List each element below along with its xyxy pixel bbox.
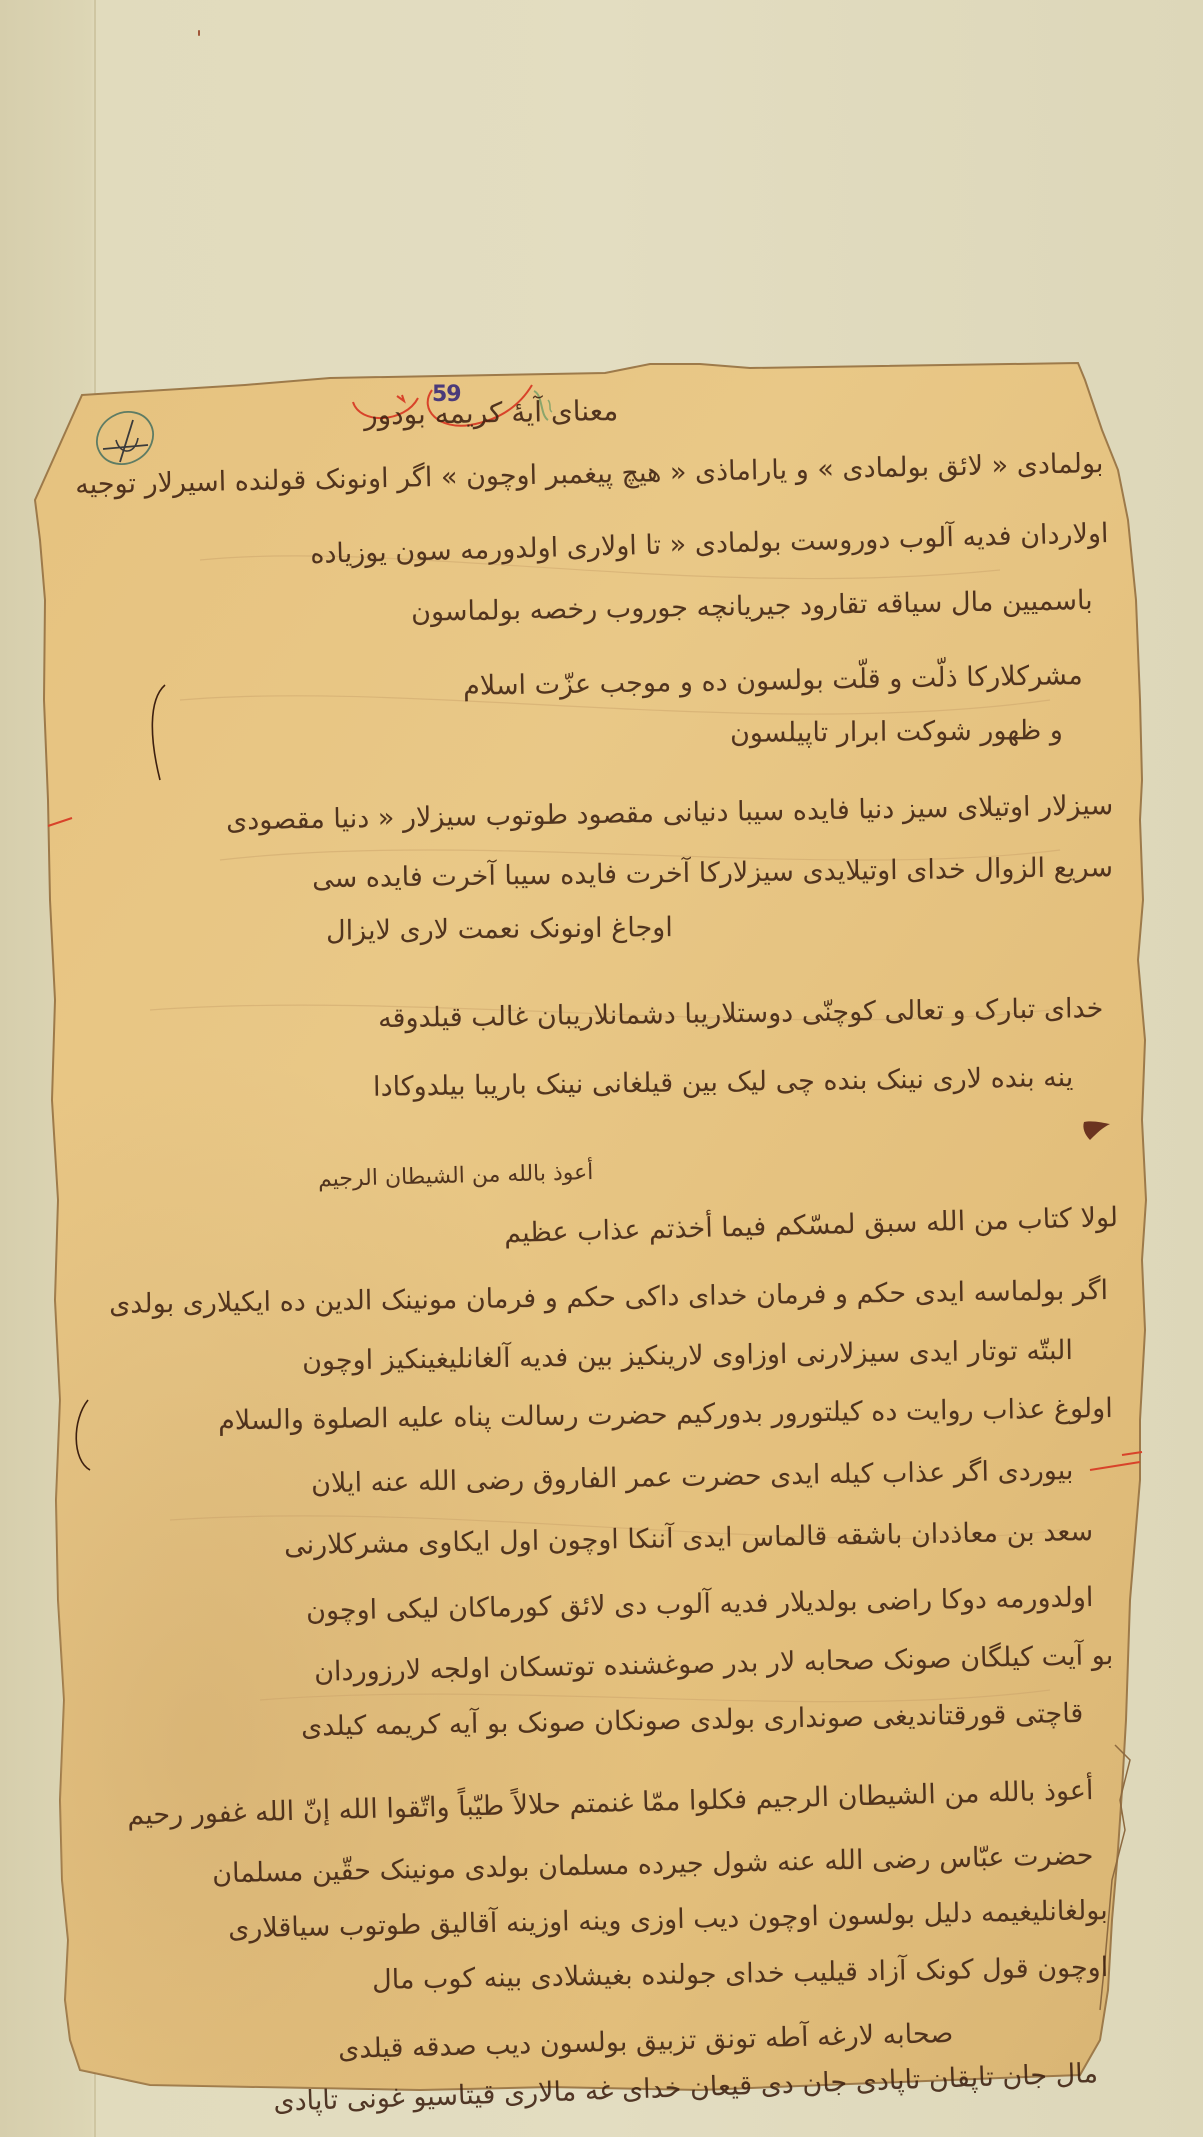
text-line: خدای تبارک و تعالی کوچنّی دوستلاریبا دشم… (378, 993, 1104, 1034)
text-line: البتّه توتار ایدی سیزلارنی اوزاوی لارینک… (302, 1335, 1073, 1377)
text-line: مشرکلارکا ذلّت و قلّت بولسون ده و موجب ع… (463, 660, 1083, 702)
text-line: بیوردی اگر عذاب کیله ایدی حضرت عمر الفار… (310, 1455, 1073, 1499)
text-line: اولوغ عذاب روایت ده کیلتورور بدورکیم حضر… (218, 1393, 1113, 1436)
text-line: سعد بن معاذدان باشقه قالماس ایدی آننکا ا… (284, 1516, 1093, 1561)
text-line: صحابه لارغه آطه تونق تزبیق بولسون دیب صد… (338, 2018, 954, 2065)
text-line-quran-verse: لولا کتاب من الله سبق لمسّکم فیما أخذتم … (504, 1202, 1119, 1249)
text-line: بولمادی « لائق بولمادی » و یاراماذی « هی… (75, 448, 1104, 501)
text-line: اولاردان فدیه آلوب دوروست بولمادی « تا ا… (309, 518, 1108, 570)
text-line: اولدورمه دوکا راضی بولدیلار فدیه آلوب دی… (305, 1582, 1093, 1627)
text-line: قاچتی قورقتاندیغی صونداری بولدی صونکان ص… (301, 1698, 1084, 1743)
text-line: حضرت عبّاس رضی الله عنه شول جیرده مسلمان… (211, 1840, 1093, 1889)
text-line: اوجاغ اونونک نعمت لاری لایزال (326, 912, 673, 947)
text-line: بولغانلیغیمه دلیل بولسون اوچون دیب اوزی … (228, 1895, 1108, 1944)
text-line: ینه بنده لاری نینک بنده چی لیک بین قیلغا… (373, 1062, 1074, 1103)
text-line: و ظهور شوکت ابرار تاپیلسون (730, 715, 1063, 749)
manuscript-text: معنای آیهٔ کریمه بودور بولمادی « لائق بو… (0, 0, 1203, 2137)
text-line: اگر بولماسه ایدی حکم و فرمان خدای داکی ح… (109, 1275, 1108, 1320)
text-line: سریع الزوال خدای اوتیلایدی سیزلارکا آخرت… (312, 852, 1113, 894)
text-line: بو آیت کیلگان صونک صحابه لار بدر صوغشنده… (314, 1640, 1114, 1688)
manuscript-heading: معنای آیهٔ کریمه بودور (364, 394, 619, 431)
text-line-quran-verse: أعوذ بالله من الشیطان الرجیم فکلوا ممّا … (127, 1775, 1094, 1831)
manuscript-page: 59 معنای آیهٔ کریمه بودور بولمادی « لائق… (0, 0, 1203, 2137)
text-line-isti'adha: أعوذ بالله من الشیطان الرجیم (317, 1160, 593, 1192)
text-line: سیزلار اوتیلای سیز دنیا فایده سیبا دنیان… (226, 790, 1114, 836)
text-line: باسمیین مال سیاقه تقارود جیریانچه جوروب … (411, 585, 1093, 628)
text-line: اوچون قول کونک آزاد قیلیب خدای جولنده بغ… (372, 1952, 1109, 1996)
text-line: مال جان تاپقان تاپادی جان دی قیعان خدای … (273, 2058, 1099, 2118)
